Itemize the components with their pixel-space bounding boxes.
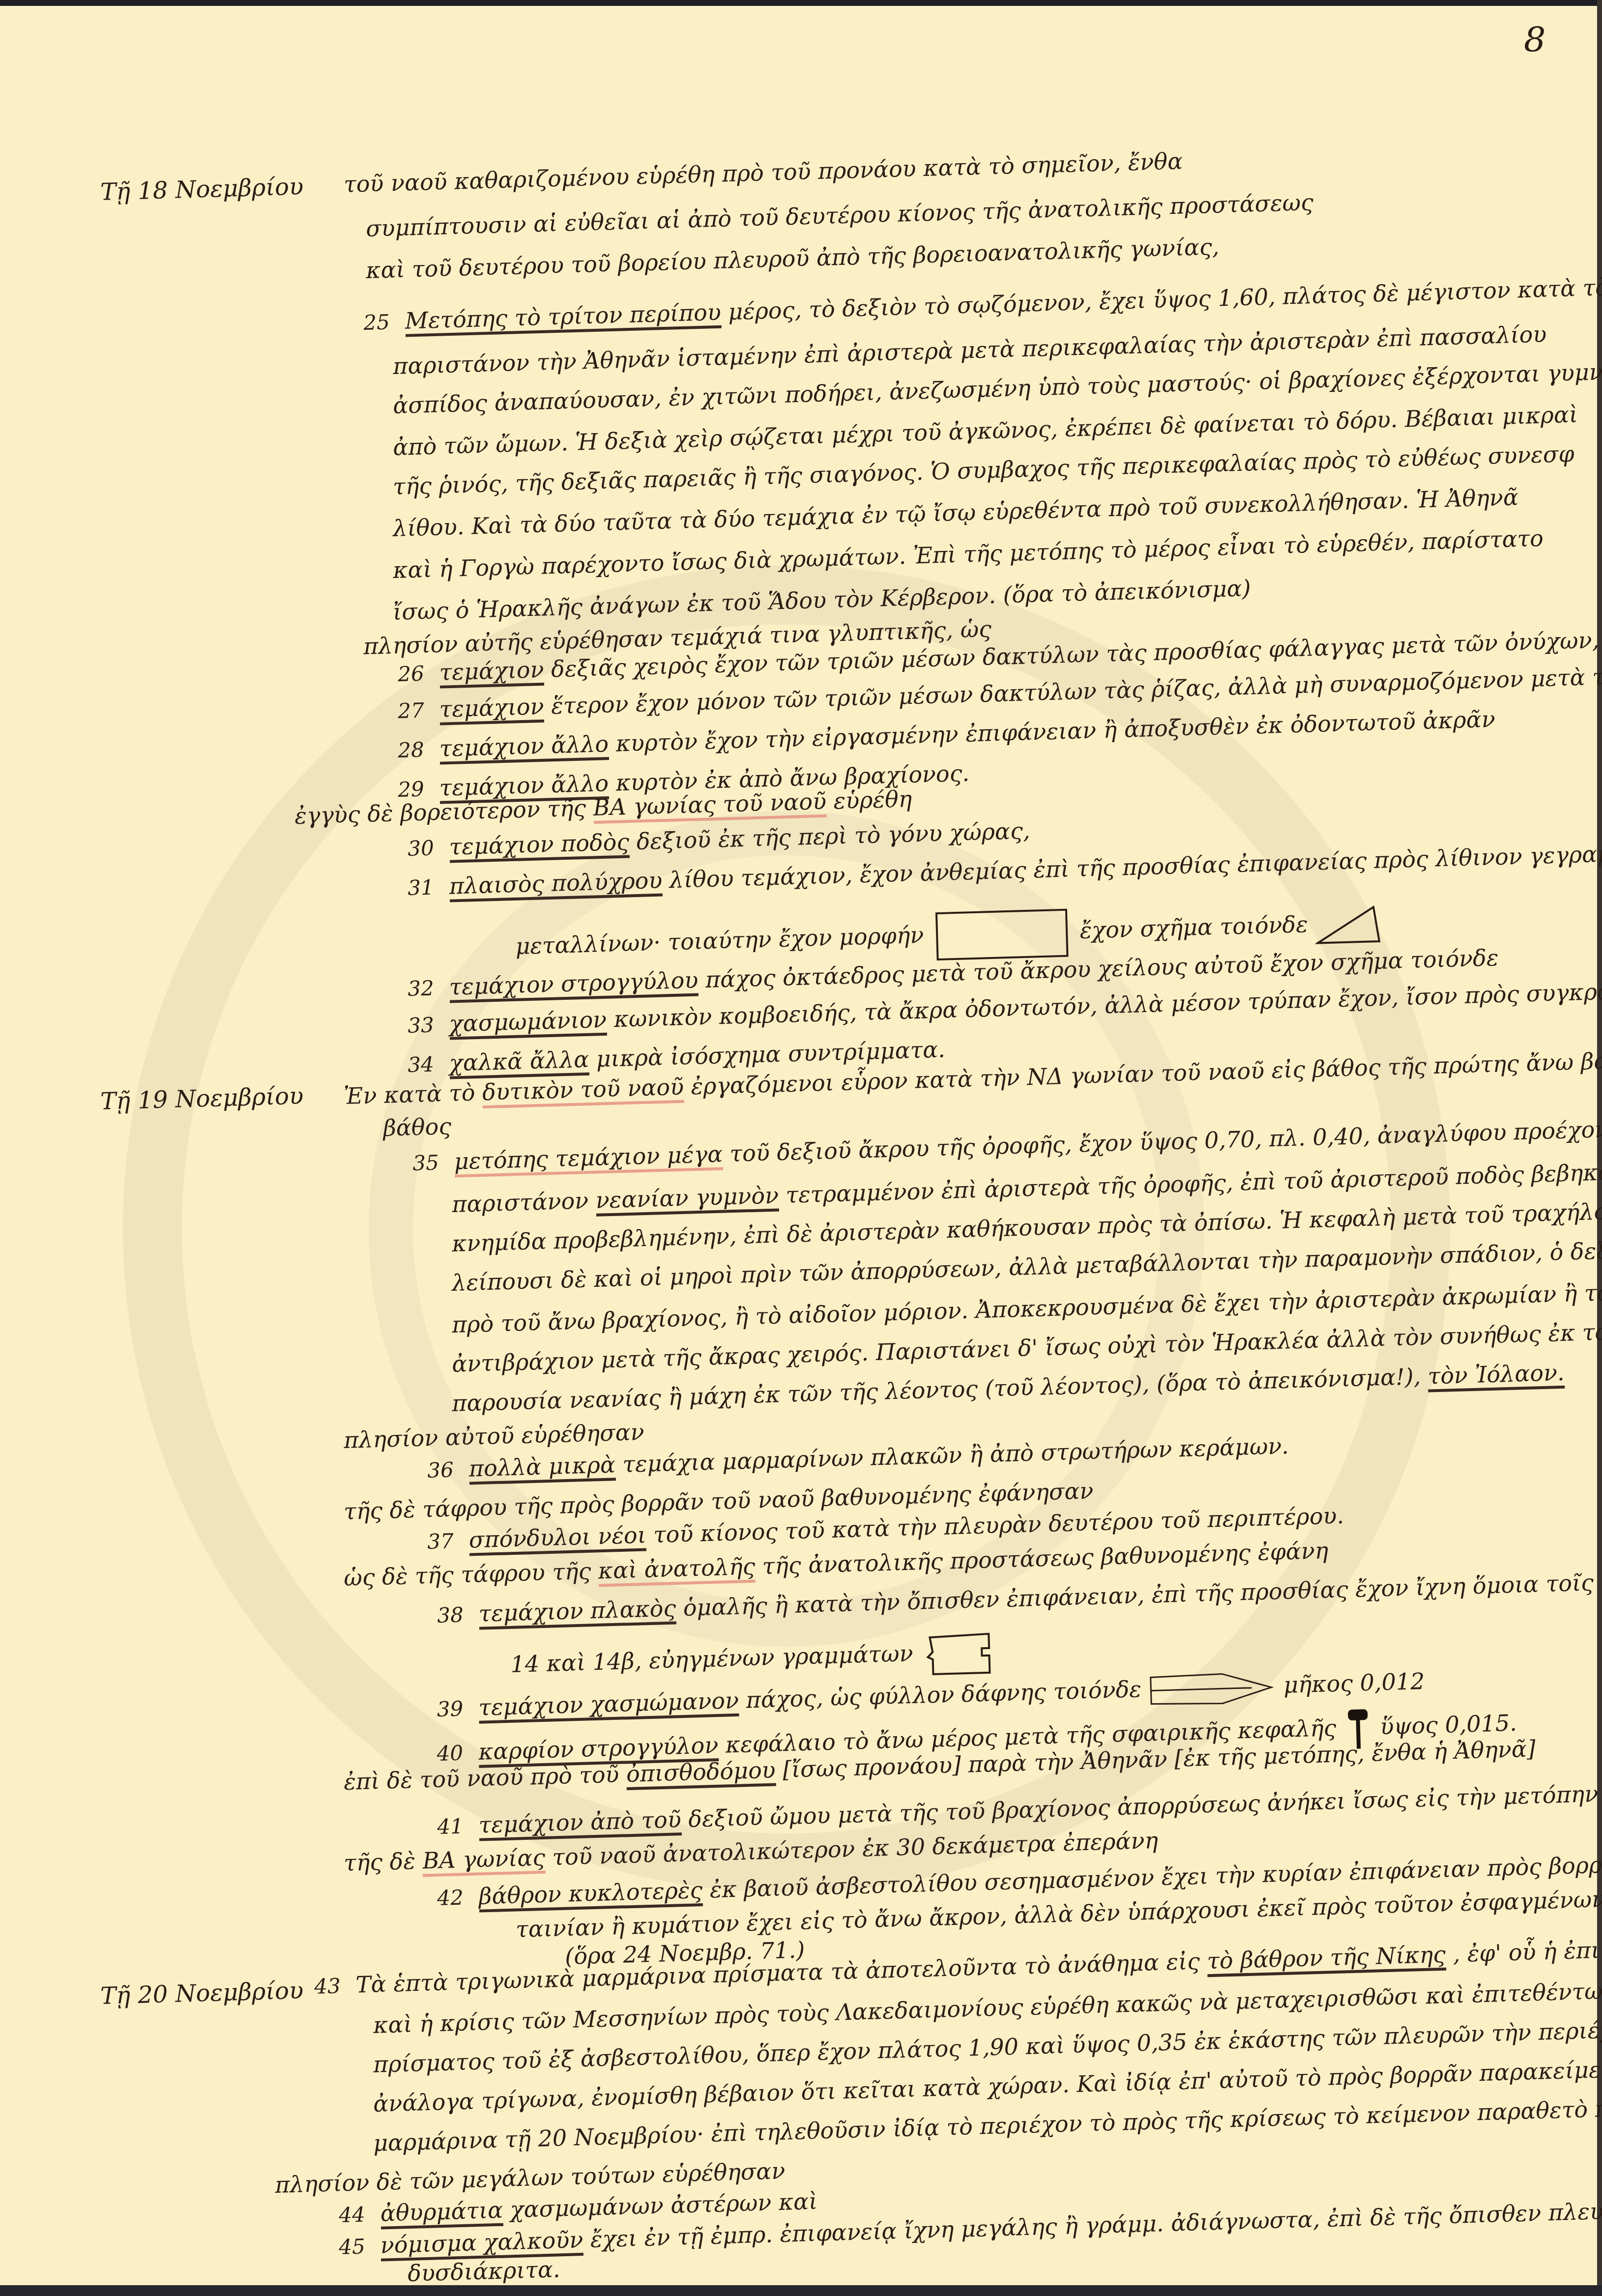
date-20-november: Τῇ 20 Νοεμβρίου (100, 1977, 304, 2009)
scan-top-edge (0, 0, 1602, 6)
notched-block-sketch-icon (920, 1630, 999, 1677)
line-2: συμπίπτουσιν αἱ εὐθεῖαι αἱ ἀπὸ τοῦ δευτέ… (366, 190, 1314, 241)
date-label: Τῇ 18 Νοεμβρίου (100, 173, 303, 206)
meander-frieze-sketch-icon (935, 909, 1069, 960)
triangle-sketch-icon (1314, 904, 1384, 946)
line-25: βάθος (383, 1114, 452, 1140)
line-56: δυσδιάκριτα. (408, 2257, 561, 2286)
date-18-november: Τῇ 18 Νοεμβρίου (100, 174, 304, 205)
line-1: τοῦ ναοῦ καθαριζομένου εὑρέθη πρὸ τοῦ πρ… (344, 148, 1183, 197)
date-19-november: Τῇ 19 Νοεμβρίου (100, 1083, 304, 1114)
item-25-label: Μετόπης τὸ τρίτον περίπου (405, 299, 721, 337)
line-3: καὶ τοῦ δευτέρου τοῦ βορείου πλευροῦ ἀπὸ… (366, 234, 1220, 283)
scan-bottom-edge (0, 2285, 1602, 2296)
page-number: 8 (1524, 20, 1546, 60)
leaf-point-sketch-icon (1148, 1670, 1277, 1708)
